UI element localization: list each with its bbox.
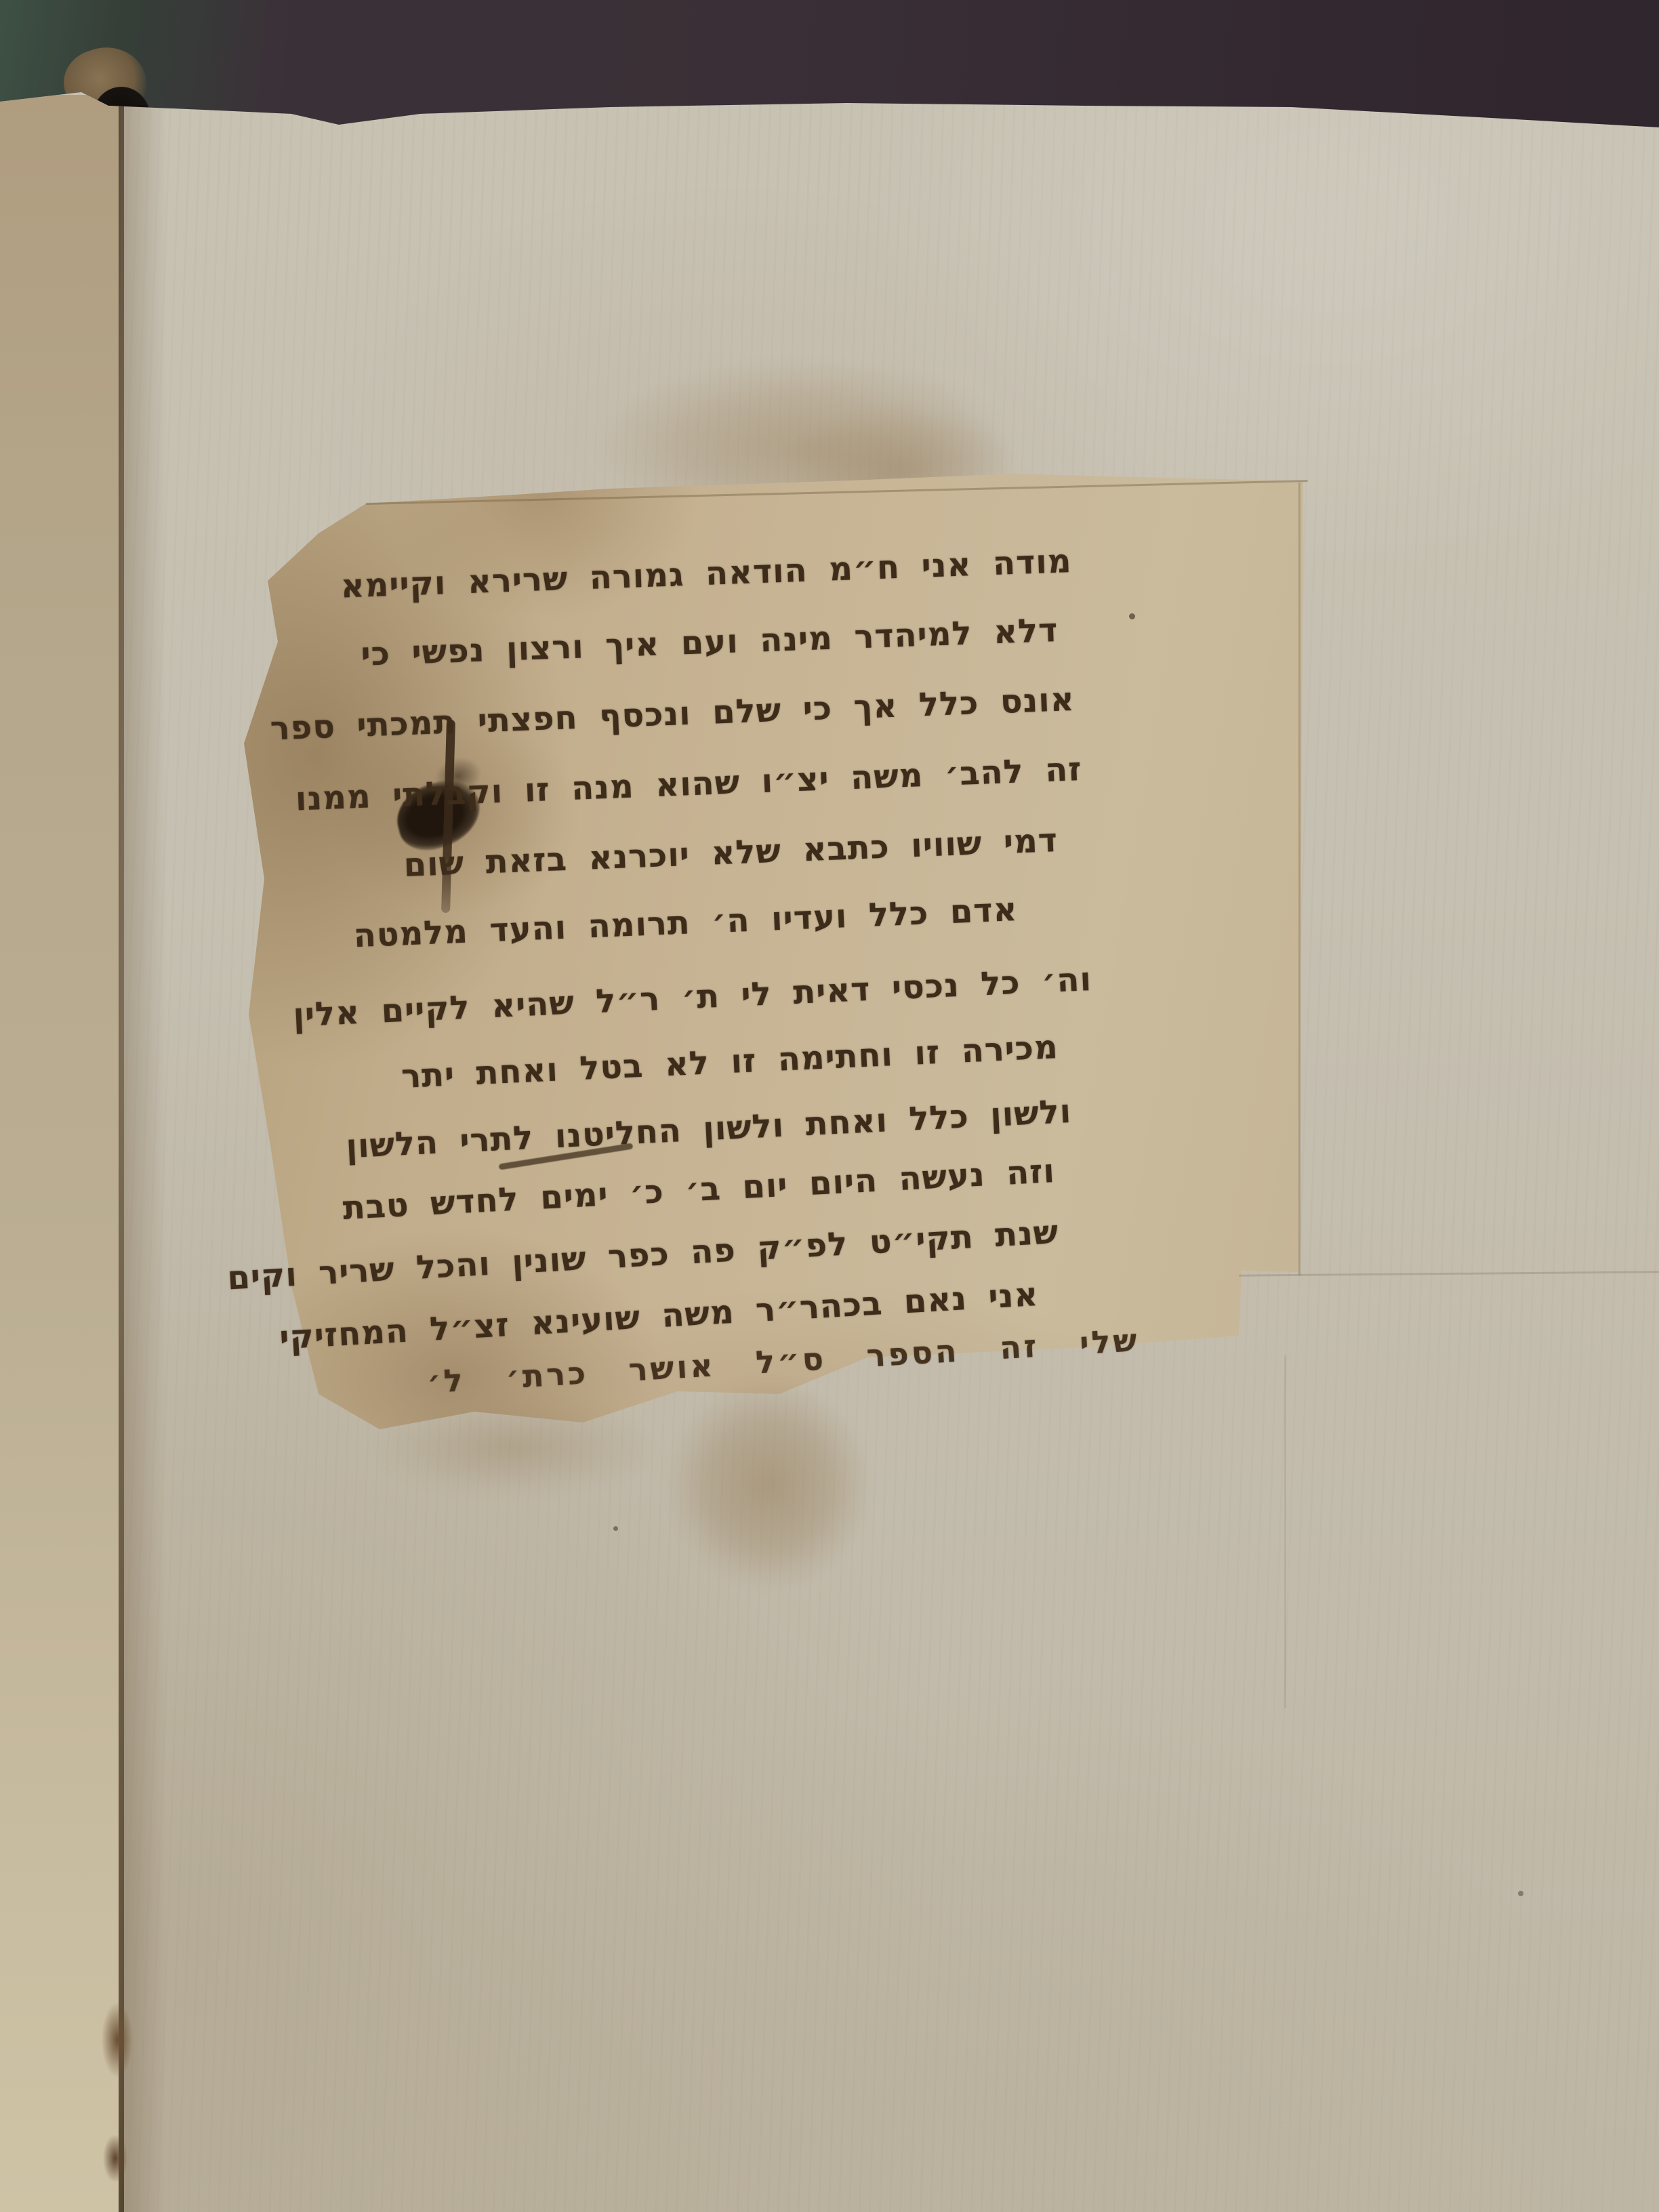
handwritten-line: דלא למיהדר מינה ועם איך ורצון נפשי כי [360, 611, 1059, 674]
handwritten-line: זה להב׳ משה יצ״ו שהוא מנה זו וקבלתי ממנו [295, 750, 1083, 819]
book-page: שלי זה הספר ס״ל אושר כרת׳ ל׳ מודה אני ח״… [0, 0, 1659, 2212]
handwritten-line: וה׳ כל נכסי דאית לי ת׳ ר״ל שהיא לקיים אל… [293, 960, 1093, 1034]
handwritten-line: אדם כלל ועדיו ה׳ תרומה והעד מלמטה [353, 890, 1019, 955]
handwritten-line: ולשון כלל ואחת ולשון החליטנו לתרי הלשון [346, 1092, 1073, 1166]
handwritten-line: מודה אני ח״מ הודאה גמורה שרירא וקיימא [340, 542, 1072, 606]
photo-of-open-book: שלי זה הספר ס״ל אושר כרת׳ ל׳ מודה אני ח״… [0, 0, 1659, 2212]
handwritten-line: מכירה זו וחתימה זו לא בטל ואחת יתר [401, 1028, 1059, 1096]
handwritten-line: אונס כלל אך כי שלם ונכסף חפצתי תמכתי ספר [270, 680, 1076, 747]
handwritten-line: דמי שוויו כתבא שלא יוכרנא בזאת שום [403, 821, 1059, 884]
handwritten-line: וזה נעשה היום יום ב׳ כ׳ ימים לחדש טבת [342, 1152, 1056, 1227]
handwritten-text-block: שלי זה הספר ס״ל אושר כרת׳ ל׳ מודה אני ח״… [0, 0, 1659, 2212]
